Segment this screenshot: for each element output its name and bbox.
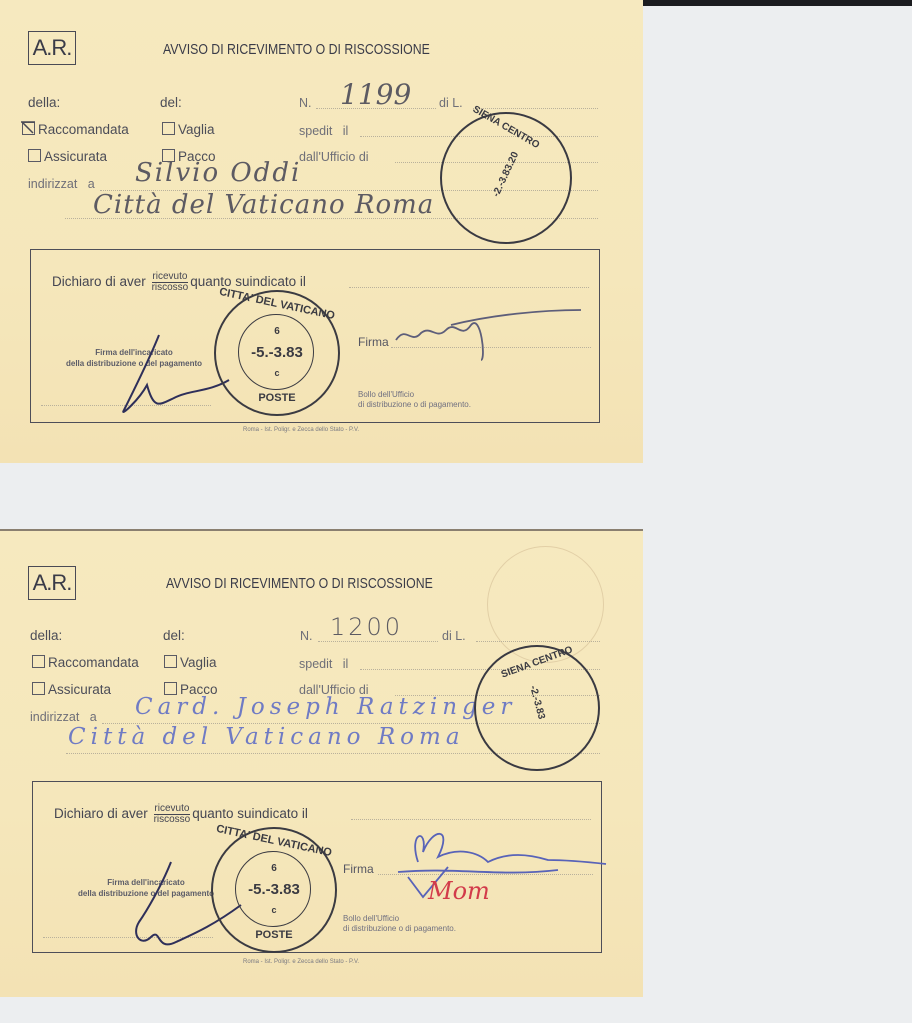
declaration-text: Dichiaro di aver ricevutoriscossoquanto … [54, 804, 308, 825]
recipient-signature [378, 822, 608, 922]
checkbox-vaglia[interactable]: Vaglia [164, 655, 217, 670]
n-label: N. [300, 629, 313, 643]
scanner-edge [641, 0, 912, 6]
ufficio-label: dall'Ufficio di [299, 150, 369, 164]
ar-badge: A.R. [28, 31, 76, 65]
receipt-card-2: A.R. AVVISO DI RICEVIMENTO O DI RISCOSSI… [0, 529, 643, 997]
address-line-1: Card. Joseph Ratzinger [135, 694, 516, 720]
checkbox-box [162, 122, 175, 135]
checkbox-assicurata[interactable]: Assicurata [28, 149, 107, 164]
registration-number: 1199 [340, 78, 411, 111]
printer-footer: Roma - Ist. Poligr. e Zecca dello Stato … [243, 959, 359, 965]
spedit-label: spedit il [299, 124, 348, 138]
checkbox-vaglia[interactable]: Vaglia [162, 122, 215, 137]
origin-postmark: SIENA CENTRO -2.-3.83 [474, 645, 600, 771]
del-label: del: [163, 628, 185, 643]
firma-label: Firma [343, 862, 374, 876]
della-label: della: [30, 628, 62, 643]
checkbox-box [164, 655, 177, 668]
indirizzat-label: indirizzat a [28, 177, 95, 191]
di-l-label: di L. [442, 629, 466, 643]
printer-footer: Roma - Ist. Poligr. e Zecca dello Stato … [243, 427, 359, 433]
firma-label: Firma [358, 335, 389, 349]
bollo-label: Bollo dell'Ufficiodi distribuzione o di … [358, 390, 471, 410]
address-line-1: Silvio Oddi [135, 158, 301, 188]
checkbox-assicurata[interactable]: Assicurata [32, 682, 111, 697]
address-line-2: Città del Vaticano Roma [68, 724, 465, 750]
card-title: AVVISO DI RICEVIMENTO O DI RISCOSSIONE [166, 575, 433, 592]
della-label: della: [28, 95, 60, 110]
red-signature: Mom [428, 877, 490, 905]
del-label: del: [160, 95, 182, 110]
checkbox-box [22, 122, 35, 135]
checkbox-box [32, 682, 45, 695]
receipt-card-1: A.R. AVVISO DI RICEVIMENTO O DI RISCOSSI… [0, 0, 643, 463]
registration-number: 1200 [330, 613, 403, 641]
indirizzat-label: indirizzat a [30, 710, 97, 724]
address-line-2: Città del Vaticano Roma [93, 190, 434, 220]
declaration-box: Dichiaro di aver ricevutoriscossoquanto … [30, 249, 600, 423]
declaration-box: Dichiaro di aver ricevutoriscossoquanto … [32, 781, 602, 953]
vatican-postmark: CITTA' DEL VATICANO 6 -5.-3.83 c POSTE [211, 827, 337, 953]
spedit-label: spedit il [299, 657, 348, 671]
checkbox-box [28, 149, 41, 162]
ar-badge: A.R. [28, 566, 76, 600]
recipient-signature [391, 305, 591, 365]
checkbox-box [32, 655, 45, 668]
checkbox-raccomandata[interactable]: Raccomandata [32, 655, 139, 670]
card-title: AVVISO DI RICEVIMENTO O DI RISCOSSIONE [163, 41, 430, 58]
origin-postmark: SIENA CENTRO -2.-3.83.20 [440, 112, 572, 244]
n-label: N. [299, 96, 312, 110]
checkbox-raccomandata[interactable]: Raccomandata [22, 122, 129, 137]
vatican-postmark: CITTA' DEL VATICANO 6 -5.-3.83 c POSTE [214, 290, 340, 416]
